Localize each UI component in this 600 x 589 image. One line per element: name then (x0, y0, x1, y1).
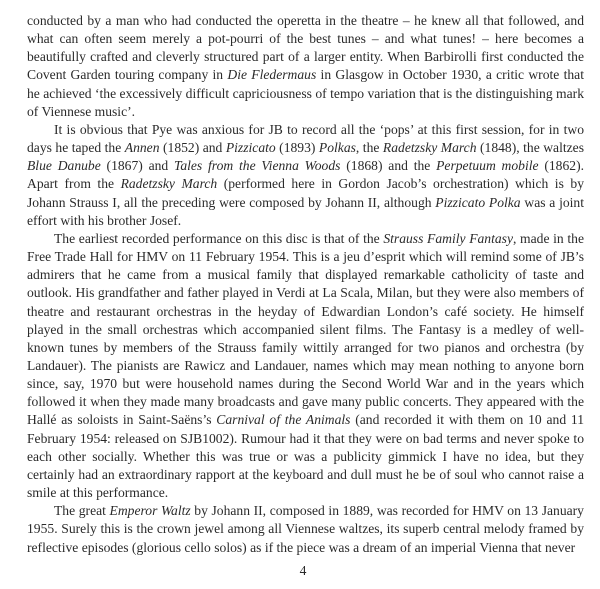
italic-title: Emperor Waltz (110, 503, 191, 518)
italic-title: Pizzicato Polka (435, 195, 520, 210)
text-run: The great (54, 503, 110, 518)
italic-title: Polkas (319, 140, 356, 155)
paragraph: The great Emperor Waltz by Johann II, co… (27, 502, 584, 556)
italic-title: Radetzsky March (383, 140, 477, 155)
paragraph: It is obvious that Pye was anxious for J… (27, 121, 584, 230)
page-number: 4 (0, 563, 600, 579)
italic-title: Strauss Family Fantasy (383, 231, 513, 246)
text-run: (1848), the waltzes (477, 140, 584, 155)
paragraph: conducted by a man who had conducted the… (27, 12, 584, 121)
paragraph: The earliest recorded performance on thi… (27, 230, 584, 502)
italic-title: Tales from the Vienna Woods (174, 158, 340, 173)
text-run: (1852) and (160, 140, 226, 155)
text-run: , the (356, 140, 383, 155)
text-run: (1893) (276, 140, 319, 155)
italic-title: Blue Danube (27, 158, 101, 173)
italic-title: Radetzsky March (121, 176, 218, 191)
text-run: The earliest recorded performance on thi… (54, 231, 383, 246)
italic-title: Perpetuum mobile (436, 158, 538, 173)
italic-title: Carnival of the Animals (216, 412, 350, 427)
italic-title: Pizzicato (226, 140, 276, 155)
italic-title: Die Fledermaus (227, 67, 316, 82)
text-run: , made in the Free Trade Hall for HMV on… (27, 231, 584, 428)
text-run: (1867) and (101, 158, 174, 173)
text-run: (1868) and the (340, 158, 436, 173)
document-body: conducted by a man who had conducted the… (27, 12, 584, 557)
italic-title: Annen (125, 140, 160, 155)
